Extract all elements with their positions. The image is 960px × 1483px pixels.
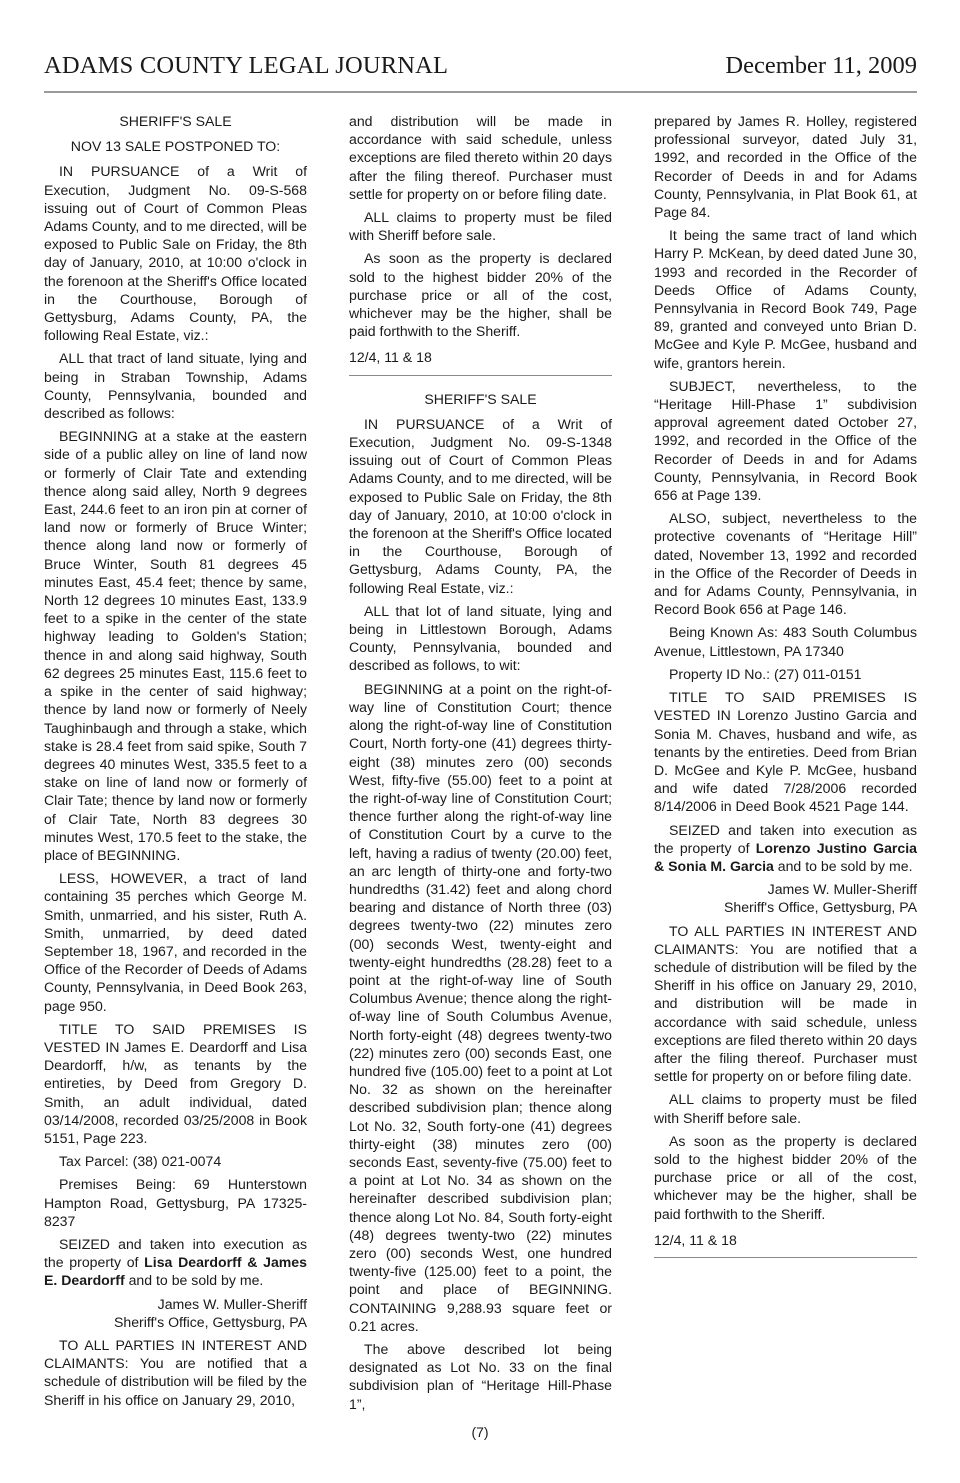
- notice2-pursuance: IN PURSUANCE of a Writ of Execution, Jud…: [349, 415, 612, 597]
- notice2-parties: TO ALL PARTIES IN INTEREST AND CLAIMANTS…: [654, 922, 917, 1086]
- notice2-property-id: Property ID No.: (27) 011-0151: [654, 665, 917, 683]
- notice2-lot: ALL that lot of land situate, lying and …: [349, 602, 612, 675]
- seized-suffix: and to be sold by me.: [125, 1272, 264, 1288]
- notice2-run-dates: 12/4, 11 & 18: [654, 1231, 917, 1249]
- header-divider: [44, 91, 917, 93]
- notice1-claims: ALL claims to property must be filed wit…: [349, 208, 612, 244]
- column-1: SHERIFF'S SALE NOV 13 SALE POSTPONED TO:…: [44, 112, 307, 1414]
- notice2-sheriff-office: Sheriff's Office, Gettysburg, PA: [654, 898, 917, 916]
- notice2-also: ALSO, subject, nevertheless to the prote…: [654, 509, 917, 618]
- notice1-title-vested: TITLE TO SAID PREMISES IS VESTED IN Jame…: [44, 1020, 307, 1147]
- notice1-parties-part2: and distribution will be made in accorda…: [349, 112, 612, 203]
- notice1-sheriff-office: Sheriff's Office, Gettysburg, PA: [44, 1313, 307, 1331]
- notice2-designated-part2: prepared by James R. Holley, registered …: [654, 112, 917, 221]
- notice2-payment: As soon as the property is declared sold…: [654, 1132, 917, 1223]
- notice2-sheriff-name: James W. Muller-Sheriff: [654, 880, 917, 898]
- issue-date: December 11, 2009: [725, 52, 917, 80]
- notice1-seized: SEIZED and taken into execution as the p…: [44, 1235, 307, 1290]
- notice2-heading: SHERIFF'S SALE: [349, 390, 612, 408]
- notice1-payment: As soon as the property is declared sold…: [349, 249, 612, 340]
- notice1-run-dates: 12/4, 11 & 18: [349, 348, 612, 366]
- notice2-same-tract: It being the same tract of land which Ha…: [654, 226, 917, 372]
- column-2: and distribution will be made in accorda…: [349, 112, 612, 1418]
- notice2-claims: ALL claims to property must be filed wit…: [654, 1090, 917, 1126]
- notice1-premises: Premises Being: 69 Hunterstown Hampton R…: [44, 1175, 307, 1230]
- notice2-subject: SUBJECT, nevertheless, to the “Heritage …: [654, 377, 917, 504]
- notice1-subheading: NOV 13 SALE POSTPONED TO:: [44, 137, 307, 155]
- notice1-sheriff-name: James W. Muller-Sheriff: [44, 1295, 307, 1313]
- seized-suffix: and to be sold by me.: [774, 858, 913, 874]
- notice1-tax-parcel: Tax Parcel: (38) 021-0074: [44, 1152, 307, 1170]
- notice2-seized: SEIZED and taken into execution as the p…: [654, 821, 917, 876]
- notice1-heading: SHERIFF'S SALE: [44, 112, 307, 130]
- notice1-parties-part1: TO ALL PARTIES IN INTEREST AND CLAIMANTS…: [44, 1336, 307, 1409]
- notice1-exception: LESS, HOWEVER, a tract of land containin…: [44, 869, 307, 1015]
- column-3: prepared by James R. Holley, registered …: [654, 112, 917, 1272]
- notice2-known-as: Being Known As: 483 South Columbus Avenu…: [654, 623, 917, 659]
- notice1-legal-description: BEGINNING at a stake at the eastern side…: [44, 427, 307, 864]
- journal-title: ADAMS COUNTY LEGAL JOURNAL: [44, 52, 448, 80]
- notice1-pursuance: IN PURSUANCE of a Writ of Execution, Jud…: [44, 162, 307, 344]
- page-header: ADAMS COUNTY LEGAL JOURNAL December 11, …: [44, 52, 917, 92]
- notice2-title-vested: TITLE TO SAID PREMISES IS VESTED IN Lore…: [654, 688, 917, 815]
- notice-divider: [349, 375, 612, 376]
- page-number: (7): [0, 1424, 960, 1440]
- notice2-legal-description: BEGINNING at a point on the right-of-way…: [349, 680, 612, 1335]
- notice2-designated-part1: The above described lot being designated…: [349, 1340, 612, 1413]
- notice1-tract: ALL that tract of land situate, lying an…: [44, 349, 307, 422]
- notice-end-divider: [654, 1257, 917, 1258]
